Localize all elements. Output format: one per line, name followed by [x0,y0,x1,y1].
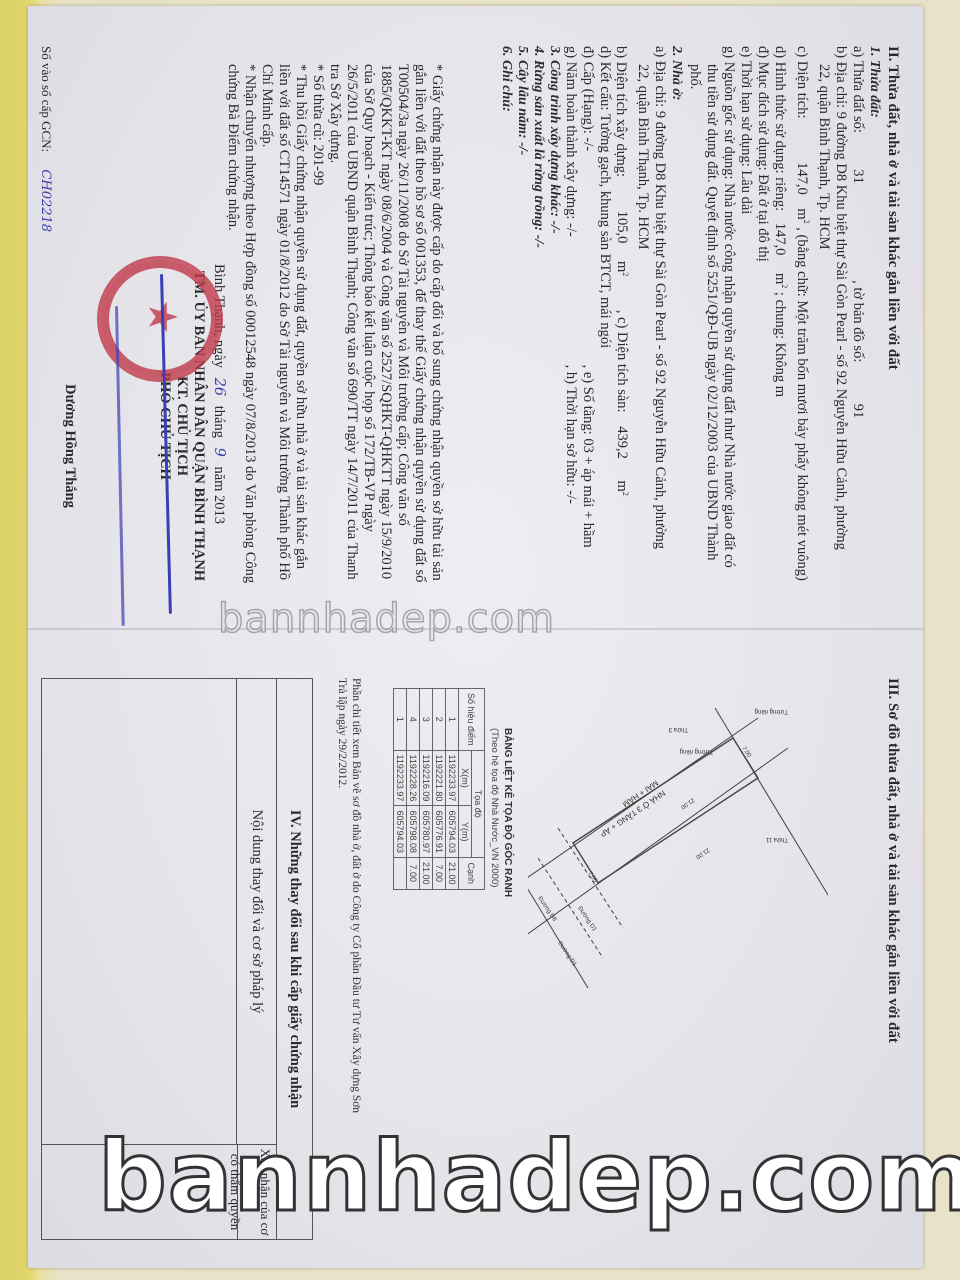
note-line: 26/5/2011 của UBND quận Bình Thạnh; Công… [343,46,360,583]
land-area-words: , (bằng chữ: Một trăm bốn mươi bảy phẩy … [794,227,810,581]
map-sheet-number: 91 [849,366,866,456]
house-address-cont: 22, quận Bình Thạnh, Tp. HCM [634,46,651,581]
note-line: tra Sở Xây dựng. [326,46,343,583]
col-x: X(m) [459,750,472,806]
note-line: * Giấy chứng nhận này được cấp do cấp đổ… [428,46,445,583]
col-y: Y(m) [459,806,472,858]
map-sheet-label: , tờ bản đồ số: [850,220,866,362]
issue-year: năm 2013 [211,466,227,524]
land-address-cont: 22, quận Bình Thạnh, Tp. HCM [815,46,832,581]
coord-row: 21192221.80605776.917.00 [433,689,446,890]
land-heading: 1. Thửa đất: [866,46,882,581]
dim-label: 21.00 [679,796,695,810]
built-area-unit: m [614,247,630,272]
coord-cell: 1 [394,689,407,751]
coord-cell: 1192221.80 [433,750,446,806]
corner-coordinates-table: Số hiệu điểm Tọa độ Cạnh X(m) Y(m) 11192… [393,688,485,890]
coord-cell: 21.00 [420,857,433,889]
perennial-trees: 5. Cây lâu năm: -/- [514,46,530,581]
signer-name: Dương Hồng Thắng [61,346,78,546]
coord-cell: 605794.03 [446,806,459,858]
section-ii-title: II. Thửa đất, nhà ở và tài sản khác gắn … [884,46,901,581]
col-point: Số hiệu điểm [459,689,485,751]
issue-month: 9 [211,442,227,463]
land-origin: g) Nguồn gốc sử dụng: Nhà nước công nhận… [720,46,737,581]
col-edge: Cạnh [459,857,485,889]
house-grade-line: đ) Cấp (Hạng): -/- , e) Số tầng: 03 + áp… [579,46,596,581]
land-area-value: 147,0 [794,122,810,195]
coord-cell: 21.00 [446,857,459,889]
house-floors: , e) Số tầng: 03 + áp mái + hầm [580,365,596,548]
coord-table-subtitle: (Theo hệ tọa độ Nhà Nước_VN 2000) [489,728,500,887]
dim-label: 21.00 [694,846,710,860]
land-area-label: c) Diện tích: [794,46,810,118]
land-origin-cont-1: thu tiền sử dụng đất. Quyết định số 5251… [703,46,720,581]
coord-cell [394,857,407,889]
road-label: Đường D1 [556,941,577,968]
land-use-common: ; chung: Không m [772,292,788,397]
coord-row: 31192216.09605780.9721.00 [420,689,433,890]
floor-area-unit: m [614,462,630,491]
house-year-completed: g) Năm hoàn thành xây dựng: -/- [562,46,579,361]
coord-cell: 4 [407,689,420,751]
land-use-form-label: d) Hình thức sử dụng: riêng: [772,46,788,211]
land-origin-cont-2: phố. [686,46,703,581]
coord-cell: 7.00 [407,857,420,889]
note-line: của Sở Quy hoạch - Kiến trúc; Thông báo … [360,46,377,583]
house-heading: 2. Nhà ở: [668,46,684,581]
house-address: a) Địa chỉ: 9 đường D8 Khu biệt thự Sài … [651,46,668,581]
coord-cell: 605798.08 [407,806,420,858]
land-use-form: d) Hình thức sử dụng: riêng: 147,0 m2 ; … [771,46,793,581]
land-parcel-line: a) Thửa đất số: 31 , tờ bản đồ số: 91 [849,46,866,581]
house-ownership-term: , h) Thời hạn sở hữu: -/- [563,365,579,504]
floor-area-label: , c) Diện tích sàn: [614,280,630,413]
coord-cell: 2 [433,689,446,751]
parcel-site-plan: NHÀ Ở 3 TẦNG + ÁP MÁI + HẦM 21.00 21.00 … [528,698,828,1028]
house-area-line: b) Diện tích xây dựng: 105,0 m2 , c) Diệ… [613,46,635,581]
road-label: Đường D8 [536,896,557,923]
land-area-line: c) Diện tích: 147,0 m2 , (bằng chữ: Một … [793,46,815,581]
coord-cell: 605794.03 [394,806,407,858]
note-line: liền với đất số CT14571 ngày 01/8/2012 d… [275,46,292,583]
note-line: * Số thửa cũ: 201-99 [309,46,326,583]
coord-cell: 1192233.97 [394,750,407,806]
house-year-line: g) Năm hoàn thành xây dựng: -/- , h) Thờ… [562,46,579,581]
coord-table-title: BẢNG LIỆT KÊ TỌA ĐỘ GÓC RANH [502,728,513,897]
road-label: Đường D1 [576,906,597,933]
changes-content-header: Nội dung thay đổi và cơ sở pháp lý [236,679,277,1145]
issue-day: 26 [211,372,227,402]
watermark-large: bannhadep.com [98,1122,960,1232]
coord-row: 11192233.97605794.0321.00 [446,689,459,890]
note-line: * Thu hồi Giấy chứng nhận quyền sử dụng … [292,46,309,583]
land-area-unit: m [794,198,810,219]
coord-cell: 1192233.97 [446,750,459,806]
parcel-label: Thửa 11 [765,836,788,843]
planted-forest: 4. Rừng sản xuất là rừng trồng: -/- [530,46,546,581]
land-address: b) Địa chỉ: 9 đường D8 Khu biệt thự Sài … [832,46,849,581]
coord-cell: 605776.91 [433,806,446,858]
registry-number: CH02218 [38,155,53,232]
coord-cell: 1 [446,689,459,751]
registry-number-line: Số vào sổ cấp GCN: CH02218 [37,46,55,232]
coord-cell: 1192228.26 [407,750,420,806]
land-term: e) Thời hạn sử dụng: Lâu dài [737,46,754,581]
col-coordinates: Tọa độ [472,750,485,857]
other-works: 3. Công trình xây dựng khác: -/- [546,46,562,581]
coord-row: 41192228.26605798.087.00 [407,689,420,890]
dim-label: 7.00 [586,871,598,885]
wall-label: Tường riêng [680,748,713,754]
built-area-value: 105,0 [614,181,630,244]
notes-heading: 6. Ghi chú: [498,46,514,581]
note-line: Chí Minh cấp. [258,46,275,583]
house-grade: đ) Cấp (Hạng): -/- [579,46,596,361]
registry-label: Số vào sổ cấp GCN: [39,46,54,152]
note-line: T00504/3a ngày 26/11/2008 do Sở Tài nguy… [394,46,411,583]
land-purpose: đ) Mục đích sử dụng: Đất ở tại đô thị [754,46,771,581]
land-use-unit: m [772,259,788,284]
coord-cell: 7.00 [433,857,446,889]
watermark-small: bannhadep.com [218,596,555,642]
note-line: 1885/QKKT-KT ngày 08/6/2004 và Công văn … [377,46,394,583]
floor-area-value: 439,2 [614,416,630,459]
parcel-label: a) Thửa đất số: [850,46,866,133]
built-area-label: b) Diện tích xây dựng: [614,46,630,177]
note-line: * Nhận chuyển nhượng theo Hợp đồng số 00… [241,46,258,583]
coord-row: 11192233.97605794.03 [394,689,407,890]
map-detail-note-date: Trà lập ngày 29/2/2012. [335,678,349,788]
month-label: tháng [211,406,227,438]
wall-label: Tường riêng [755,708,788,714]
notes-list: * Giấy chứng nhận này được cấp do cấp đổ… [224,46,445,583]
parcel-label: Thửa 3 [668,726,688,733]
coord-cell: 3 [420,689,433,751]
section-iii-title: III. Sơ đồ thửa đất, nhà ở và tài sản kh… [884,678,901,1043]
certificate-left-page: II. Thửa đất, nhà ở và tài sản khác gắn … [28,6,923,634]
coord-cell: 605780.97 [420,806,433,858]
coord-cell: 1192216.09 [420,750,433,806]
house-structure: d) Kết cấu: Tường gạch, khung sàn BTCT, … [596,46,613,581]
land-use-private-value: 147,0 [772,215,788,256]
map-detail-note: Phần chi tiết xem Bản vẽ sơ đồ nhà ở, đấ… [349,678,363,1113]
note-line: gắn liền với đất theo hồ sơ số 001353, đ… [411,46,428,583]
parcel-number: 31 [849,137,866,217]
